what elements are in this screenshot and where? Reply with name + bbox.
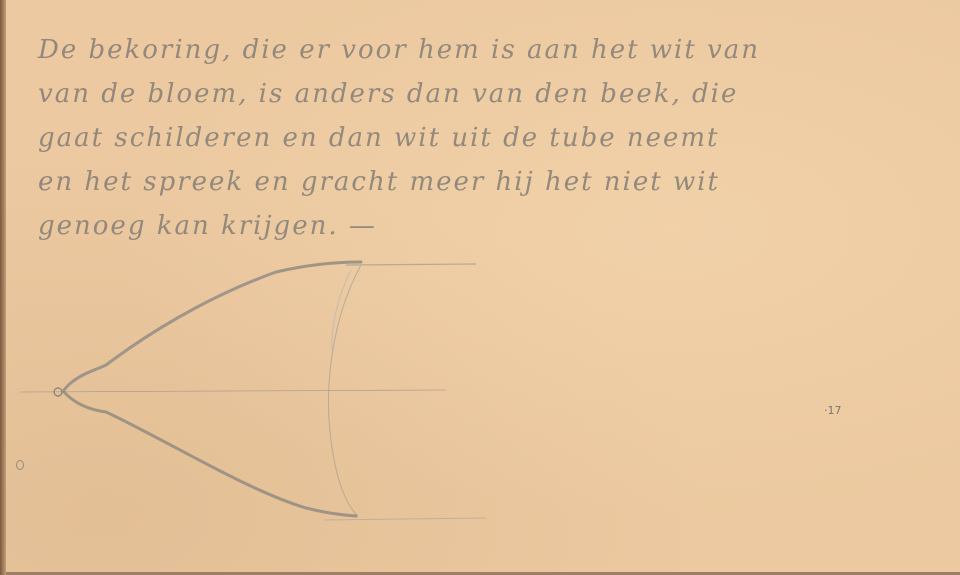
- paper-stain: [16, 460, 24, 470]
- pencil-sketch: [6, 0, 960, 572]
- margin-note: ·17: [824, 404, 842, 417]
- sketchbook-page: De bekoring, die er voor hem is aan het …: [6, 0, 960, 575]
